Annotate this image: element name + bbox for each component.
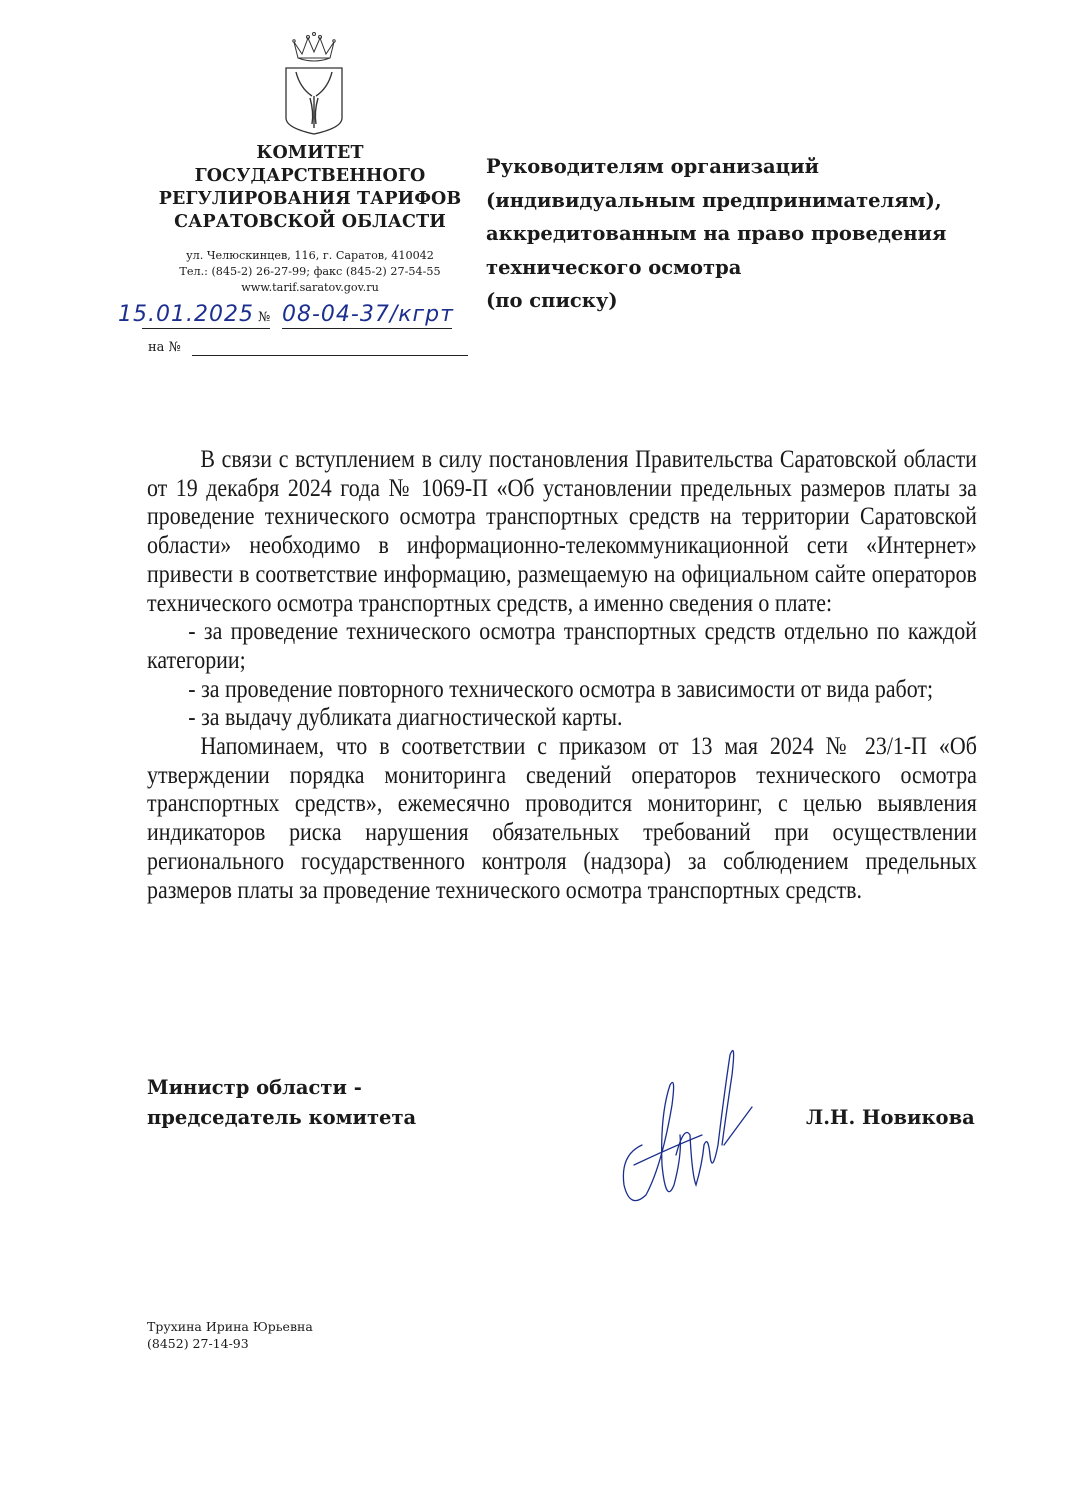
org-website: www.tarif.saratov.gov.ru bbox=[150, 280, 470, 296]
body-paragraph: В связи с вступлением в силу постановлен… bbox=[147, 445, 977, 617]
addressee-line: технического осмотра bbox=[486, 251, 986, 285]
date-underline bbox=[142, 328, 270, 329]
coat-of-arms-icon bbox=[276, 32, 352, 136]
registration-line: 15.01.2025 № 08-04-37/кгрт bbox=[112, 302, 482, 336]
executor-info: Трухина Ирина Юрьевна (8452) 27-14-93 bbox=[147, 1318, 313, 1352]
letter-body: В связи с вступлением в силу постановлен… bbox=[147, 445, 977, 904]
org-name-line: ГОСУДАРСТВЕННОГО bbox=[150, 165, 470, 188]
addressee-block: Руководителям организаций (индивидуальны… bbox=[486, 150, 986, 318]
reference-underline bbox=[192, 355, 468, 356]
organization-contacts: ул. Челюскинцев, 116, г. Саратов, 410042… bbox=[150, 248, 470, 296]
number-label: № bbox=[258, 310, 270, 325]
org-name-line: КОМИТЕТ bbox=[150, 142, 470, 165]
org-address: ул. Челюскинцев, 116, г. Саратов, 410042 bbox=[150, 248, 470, 264]
number-underline bbox=[282, 328, 452, 329]
handwritten-signature-icon bbox=[612, 1035, 767, 1215]
registration-date: 15.01.2025 bbox=[118, 302, 254, 327]
addressee-line: (по списку) bbox=[486, 284, 986, 318]
reference-line: на № bbox=[148, 340, 478, 360]
list-item: - за проведение технического осмотра тра… bbox=[147, 617, 977, 674]
signatory-title-line: председатель комитета bbox=[147, 1103, 416, 1133]
reference-label: на № bbox=[148, 340, 181, 355]
executor-name: Трухина Ирина Юрьевна bbox=[147, 1318, 313, 1335]
addressee-line: аккредитованным на право проведения bbox=[486, 217, 986, 251]
body-paragraph: Напоминаем, что в соответствии с приказо… bbox=[147, 732, 977, 904]
registration-number: 08-04-37/кгрт bbox=[282, 302, 454, 327]
addressee-line: (индивидуальным предпринимателям), bbox=[486, 184, 986, 218]
signatory-name: Л.Н. Новикова bbox=[806, 1103, 975, 1133]
list-item: - за выдачу дубликата диагностической ка… bbox=[147, 703, 977, 732]
org-phone-fax: Тел.: (845-2) 26-27-99; факс (845-2) 27-… bbox=[150, 264, 470, 280]
executor-phone: (8452) 27-14-93 bbox=[147, 1335, 313, 1352]
org-name-line: САРАТОВСКОЙ ОБЛАСТИ bbox=[150, 211, 470, 234]
addressee-line: Руководителям организаций bbox=[486, 150, 986, 184]
signatory-title: Министр области - председатель комитета bbox=[147, 1073, 416, 1133]
list-item: - за проведение повторного технического … bbox=[147, 675, 977, 704]
signatory-title-line: Министр области - bbox=[147, 1073, 416, 1103]
organization-name: КОМИТЕТ ГОСУДАРСТВЕННОГО РЕГУЛИРОВАНИЯ Т… bbox=[150, 142, 470, 234]
org-name-line: РЕГУЛИРОВАНИЯ ТАРИФОВ bbox=[150, 188, 470, 211]
